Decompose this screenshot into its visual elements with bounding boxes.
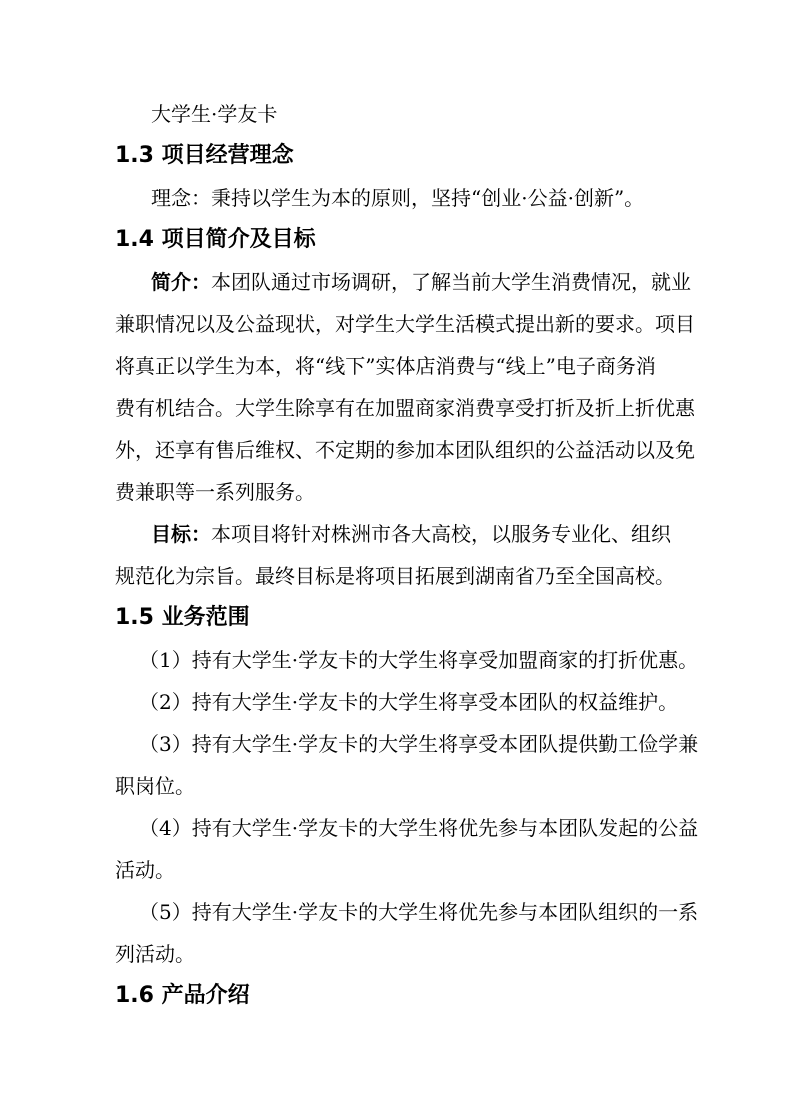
text-line: 费兼职等一系列服务。 [115,471,677,513]
text-line: 列活动。 [115,933,677,975]
scope-item-3: （3）持有大学生·学友卡的大学生将享受本团队提供勤工俭学兼职岗位。 [115,723,677,807]
text-line: 规范化为宗旨。最终目标是将项目拓展到湖南省乃至全国高校。 [115,555,677,597]
line-text: 职岗位。 [115,774,195,798]
line-text: 列活动。 [115,942,195,966]
text-line: 将真正以学生为本，将“线下”实体店消费与“线上”电子商务消 [115,345,677,387]
heading-1-4: 1.4 项目简介及目标 [115,219,677,261]
text-line: （4）持有大学生·学友卡的大学生将优先参与本团队发起的公益 [115,807,677,849]
text-line: 简介：本团队通过市场调研，了解当前大学生消费情况，就业 [115,261,677,303]
text-line: （1）持有大学生·学友卡的大学生将享受加盟商家的打折优惠。 [115,639,677,681]
line-text: 理念：秉持以学生为本的原则，坚持“创业·公益·创新”。 [151,186,644,210]
line-text: 规范化为宗旨。最终目标是将项目拓展到湖南省乃至全国高校。 [115,564,675,588]
text-line: 费有机结合。大学生除享有在加盟商家消费享受打折及折上折优惠 [115,387,677,429]
line-text: 将真正以学生为本，将“线下”实体店消费与“线上”电子商务消 [115,354,656,378]
line-text: 本项目将针对株洲市各大高校，以服务专业化、组织 [211,522,671,546]
line-text: 本团队通过市场调研，了解当前大学生消费情况，就业 [211,270,691,294]
text-line: 大学生·学友卡 [115,93,677,135]
goal-paragraph: 目标：本项目将针对株洲市各大高校，以服务专业化、组织规范化为宗旨。最终目标是将项… [115,513,677,597]
heading-1-5: 1.5 业务范围 [115,597,677,639]
text-line: 外，还享有售后维权、不定期的参加本团队组织的公益活动以及免 [115,429,677,471]
text-line: 活动。 [115,849,677,891]
scope-item-5: （5）持有大学生·学友卡的大学生将优先参与本团队组织的一系列活动。 [115,891,677,975]
bold-lead: 目标： [151,522,211,546]
line-text: 外，还享有售后维权、不定期的参加本团队组织的公益活动以及免 [115,438,695,462]
document-content: 大学生·学友卡1.3 项目经营理念理念：秉持以学生为本的原则，坚持“创业·公益·… [115,93,677,1017]
line-text: 费有机结合。大学生除享有在加盟商家消费享受打折及折上折优惠 [115,396,695,420]
text-line: 理念：秉持以学生为本的原则，坚持“创业·公益·创新”。 [115,177,677,219]
text-line: 职岗位。 [115,765,677,807]
line-text: （2）持有大学生·学友卡的大学生将享受本团队的权益维护。 [139,690,678,714]
intro-paragraph: 简介：本团队通过市场调研，了解当前大学生消费情况，就业兼职情况以及公益现状，对学… [115,261,677,513]
scope-item-4: （4）持有大学生·学友卡的大学生将优先参与本团队发起的公益活动。 [115,807,677,891]
line-text: 兼职情况以及公益现状，对学生大学生活模式提出新的要求。项目 [115,312,695,336]
bold-lead: 简介： [151,270,211,294]
scope-item-1: （1）持有大学生·学友卡的大学生将享受加盟商家的打折优惠。 [115,639,677,681]
scope-item-2: （2）持有大学生·学友卡的大学生将享受本团队的权益维护。 [115,681,677,723]
text-line: （5）持有大学生·学友卡的大学生将优先参与本团队组织的一系 [115,891,677,933]
philosophy-paragraph: 理念：秉持以学生为本的原则，坚持“创业·公益·创新”。 [115,177,677,219]
line-text: 费兼职等一系列服务。 [115,480,315,504]
heading-1-3: 1.3 项目经营理念 [115,135,677,177]
text-line: 兼职情况以及公益现状，对学生大学生活模式提出新的要求。项目 [115,303,677,345]
line-text: （1）持有大学生·学友卡的大学生将享受加盟商家的打折优惠。 [139,648,698,672]
line-text: （4）持有大学生·学友卡的大学生将优先参与本团队发起的公益 [139,816,698,840]
document-page: 大学生·学友卡1.3 项目经营理念理念：秉持以学生为本的原则，坚持“创业·公益·… [0,0,792,1120]
line-text: （5）持有大学生·学友卡的大学生将优先参与本团队组织的一系 [139,900,698,924]
line-text: （3）持有大学生·学友卡的大学生将享受本团队提供勤工俭学兼 [139,732,698,756]
text-line: （2）持有大学生·学友卡的大学生将享受本团队的权益维护。 [115,681,677,723]
heading-1-6: 1.6 产品介绍 [115,975,677,1017]
line-text: 活动。 [115,858,175,882]
text-line: 目标：本项目将针对株洲市各大高校，以服务专业化、组织 [115,513,677,555]
card-name-paragraph: 大学生·学友卡 [115,93,677,135]
text-line: （3）持有大学生·学友卡的大学生将享受本团队提供勤工俭学兼 [115,723,677,765]
line-text: 大学生·学友卡 [151,102,277,126]
